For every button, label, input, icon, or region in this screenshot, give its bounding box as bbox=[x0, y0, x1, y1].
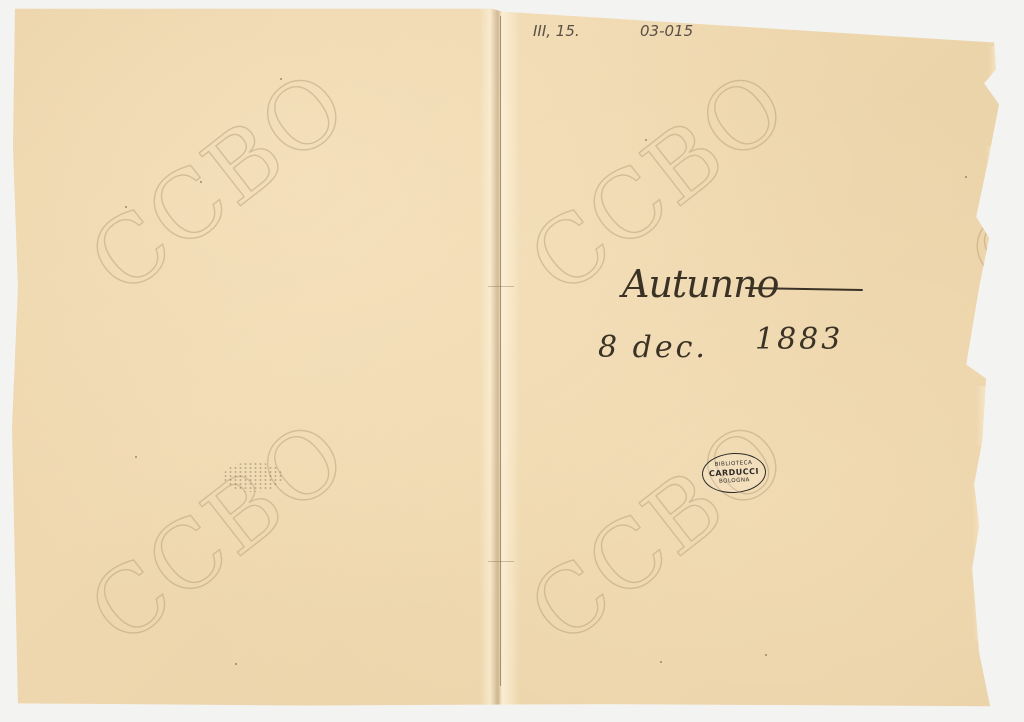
fold-mark bbox=[488, 561, 514, 562]
torn-edge bbox=[988, 46, 1001, 76]
paper-speck bbox=[235, 663, 237, 665]
paper-speck bbox=[135, 456, 137, 458]
torn-edge bbox=[980, 286, 995, 376]
handwritten-date-year: 1883 bbox=[755, 322, 843, 357]
torn-edge bbox=[972, 481, 987, 641]
torn-edge bbox=[976, 386, 991, 446]
fold-crease-line bbox=[500, 16, 501, 686]
fold-mark bbox=[488, 286, 514, 287]
paper-speck bbox=[660, 661, 662, 663]
faded-library-stamp bbox=[223, 462, 283, 492]
handwritten-title: Autunno bbox=[622, 262, 779, 306]
paper-speck bbox=[645, 139, 647, 141]
scanned-document: CCBO CCBO CCBO CCBO CCBO CCBO III, 15. 0… bbox=[0, 0, 1024, 722]
paper-speck bbox=[765, 654, 767, 656]
handwritten-date-day: 8 dec. bbox=[598, 330, 708, 365]
archive-number: 03-015 bbox=[640, 22, 693, 40]
shelfmark: III, 15. bbox=[533, 22, 580, 40]
paper-speck bbox=[200, 181, 202, 183]
stamp-line-bologna: BOLOGNA bbox=[719, 477, 750, 486]
torn-edge bbox=[985, 146, 1000, 196]
paper-speck bbox=[125, 206, 127, 208]
paper-speck bbox=[965, 176, 967, 178]
paper-sheet: CCBO CCBO CCBO CCBO CCBO CCBO bbox=[10, 6, 1004, 709]
paper-speck bbox=[280, 78, 282, 80]
